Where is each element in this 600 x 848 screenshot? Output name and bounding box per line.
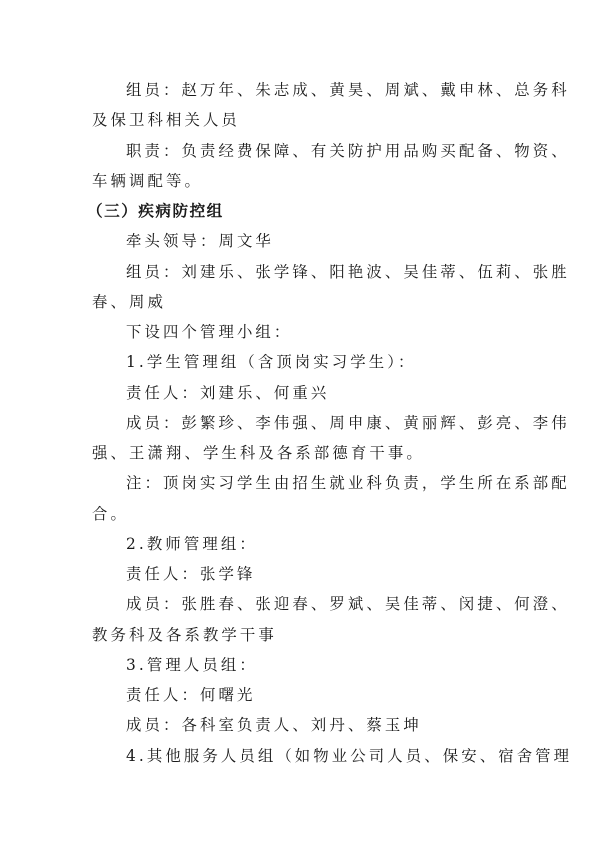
text-line-members: 成员：各科室负责人、刘丹、蔡玉坤 xyxy=(92,710,510,740)
subgroup-title-teachers: 2.教师管理组： xyxy=(92,529,510,559)
subgroup-title-students: 1.学生管理组（含顶岗实习学生）： xyxy=(92,347,510,377)
subgroup-title-other-staff: 4.其他服务人员组（如物业公司人员、保安、宿舍管理 xyxy=(92,741,510,771)
text-line: 车辆调配等。 xyxy=(92,166,510,196)
text-line-members: 成员：彭繁珍、李伟强、周申康、黄丽辉、彭亮、李伟 xyxy=(92,408,510,438)
text-line: 春、周威 xyxy=(92,287,510,317)
subgroup-title-management: 3.管理人员组： xyxy=(92,650,510,680)
text-line-responsible: 责任人：刘建乐、何重兴 xyxy=(92,378,510,408)
text-line-responsible: 责任人：何曙光 xyxy=(92,680,510,710)
text-line-members: 成员：张胜春、张迎春、罗斌、吴佳蒂、闵捷、何澄、 xyxy=(92,589,510,619)
text-line-subgroups: 下设四个管理小组： xyxy=(92,317,510,347)
text-line-group-members: 组员：赵万年、朱志成、黄昊、周斌、戴申林、总务科 xyxy=(92,75,510,105)
text-line-lead: 牵头领导：周文华 xyxy=(92,226,510,256)
text-line-duties: 职责：负责经费保障、有关防护用品购买配备、物资、 xyxy=(92,136,510,166)
text-line: 教务科及各系教学干事 xyxy=(92,620,510,650)
text-line: 强、王潇翔、学生科及各系部德育干事。 xyxy=(92,438,510,468)
document-page: 组员：赵万年、朱志成、黄昊、周斌、戴申林、总务科 及保卫科相关人员 职责：负责经… xyxy=(92,75,510,771)
text-line: 合。 xyxy=(92,499,510,529)
text-line-members: 组员：刘建乐、张学锋、阳艳波、吴佳蒂、伍莉、张胜 xyxy=(92,257,510,287)
text-line-responsible: 责任人：张学锋 xyxy=(92,559,510,589)
text-line: 及保卫科相关人员 xyxy=(92,105,510,135)
text-line-note: 注：顶岗实习学生由招生就业科负责，学生所在系部配 xyxy=(92,468,510,498)
section-heading-disease-control: （三）疾病防控组 xyxy=(87,196,510,226)
